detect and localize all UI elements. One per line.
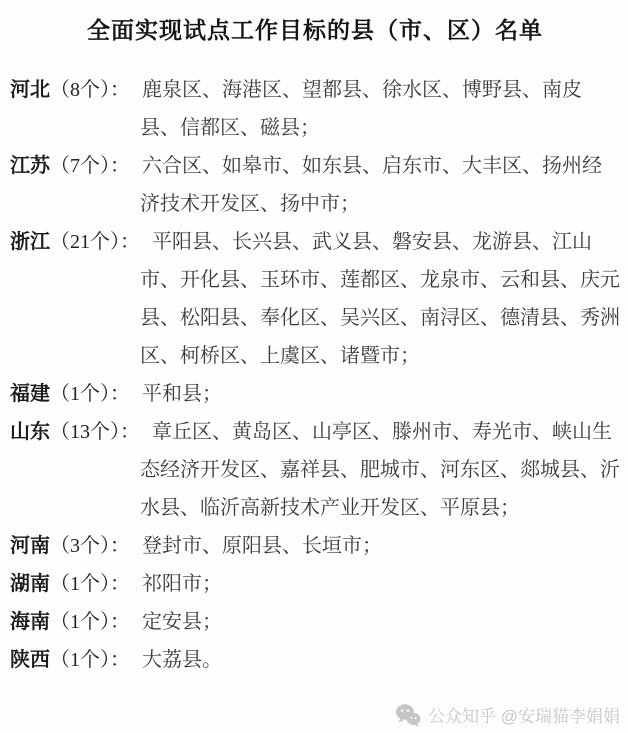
province-label: 河南（3个）：	[10, 535, 130, 557]
province-count: （1个）：	[50, 649, 130, 671]
province-name: 山东	[10, 421, 50, 443]
watermark-text: 公众知乎 @安瑞猫李娟娟	[428, 702, 620, 727]
province-count: （1个）：	[50, 611, 130, 633]
province-name: 海南	[10, 611, 50, 633]
province-name: 陕西	[10, 649, 50, 671]
province-places: 定安县；	[142, 611, 222, 633]
province-entry-fujian: 福建（1个）：平和县；	[10, 375, 620, 413]
province-places: 祁阳市；	[142, 573, 222, 595]
province-count: （8个）：	[50, 79, 130, 101]
province-label: 福建（1个）：	[10, 383, 130, 405]
province-count: （21个）：	[50, 231, 140, 253]
province-entry-shandong: 山东（13个）：章丘区、黄岛区、山亭区、滕州市、寿光市、峡山生态经济开发区、嘉祥…	[10, 413, 620, 527]
page-title: 全面实现试点工作目标的县（市、区）名单	[10, 12, 620, 45]
province-entry-hebei: 河北（8个）：鹿泉区、海港区、望都县、徐水区、博野县、南皮县、信都区、磁县；	[10, 71, 620, 147]
province-places: 六合区、如皋市、如东县、启东市、大丰区、扬州经济技术开发区、扬中市；	[140, 155, 602, 215]
province-label: 江苏（7个）：	[10, 155, 130, 177]
province-label: 浙江（21个）：	[10, 231, 140, 253]
province-count: （13个）：	[50, 421, 140, 443]
province-count: （1个）：	[50, 573, 130, 595]
province-places: 登封市、原阳县、长垣市；	[142, 535, 382, 557]
province-entry-zhejiang: 浙江（21个）：平阳县、长兴县、武义县、磐安县、龙游县、江山市、开化县、玉环市、…	[10, 223, 620, 375]
province-name: 河南	[10, 535, 50, 557]
province-entry-hunan: 湖南（1个）：祁阳市；	[10, 565, 620, 603]
province-places: 大荔县。	[142, 649, 222, 671]
province-places: 平和县；	[142, 383, 222, 405]
wechat-icon	[395, 703, 421, 727]
province-entry-henan: 河南（3个）：登封市、原阳县、长垣市；	[10, 527, 620, 565]
province-name: 江苏	[10, 155, 50, 177]
province-name: 湖南	[10, 573, 50, 595]
province-count: （3个）：	[50, 535, 130, 557]
province-name: 河北	[10, 79, 50, 101]
province-label: 陕西（1个）：	[10, 649, 130, 671]
province-label: 湖南（1个）：	[10, 573, 130, 595]
province-label: 河北（8个）：	[10, 79, 130, 101]
document: 全面实现试点工作目标的县（市、区）名单 河北（8个）：鹿泉区、海港区、望都县、徐…	[0, 0, 628, 679]
province-count: （7个）：	[50, 155, 130, 177]
watermark: 公众知乎 @安瑞猫李娟娟	[395, 702, 620, 727]
province-entry-jiangsu: 江苏（7个）：六合区、如皋市、如东县、启东市、大丰区、扬州经济技术开发区、扬中市…	[10, 147, 620, 223]
province-count: （1个）：	[50, 383, 130, 405]
province-entry-shaanxi: 陕西（1个）：大荔县。	[10, 641, 620, 679]
province-places: 鹿泉区、海港区、望都县、徐水区、博野县、南皮县、信都区、磁县；	[140, 79, 582, 139]
province-label: 山东（13个）：	[10, 421, 140, 443]
province-entry-hainan: 海南（1个）：定安县；	[10, 603, 620, 641]
province-places: 章丘区、黄岛区、山亭区、滕州市、寿光市、峡山生态经济开发区、嘉祥县、肥城市、河东…	[140, 421, 620, 519]
province-name: 福建	[10, 383, 50, 405]
province-label: 海南（1个）：	[10, 611, 130, 633]
province-places: 平阳县、长兴县、武义县、磐安县、龙游县、江山市、开化县、玉环市、莲都区、龙泉市、…	[140, 231, 620, 367]
province-name: 浙江	[10, 231, 50, 253]
